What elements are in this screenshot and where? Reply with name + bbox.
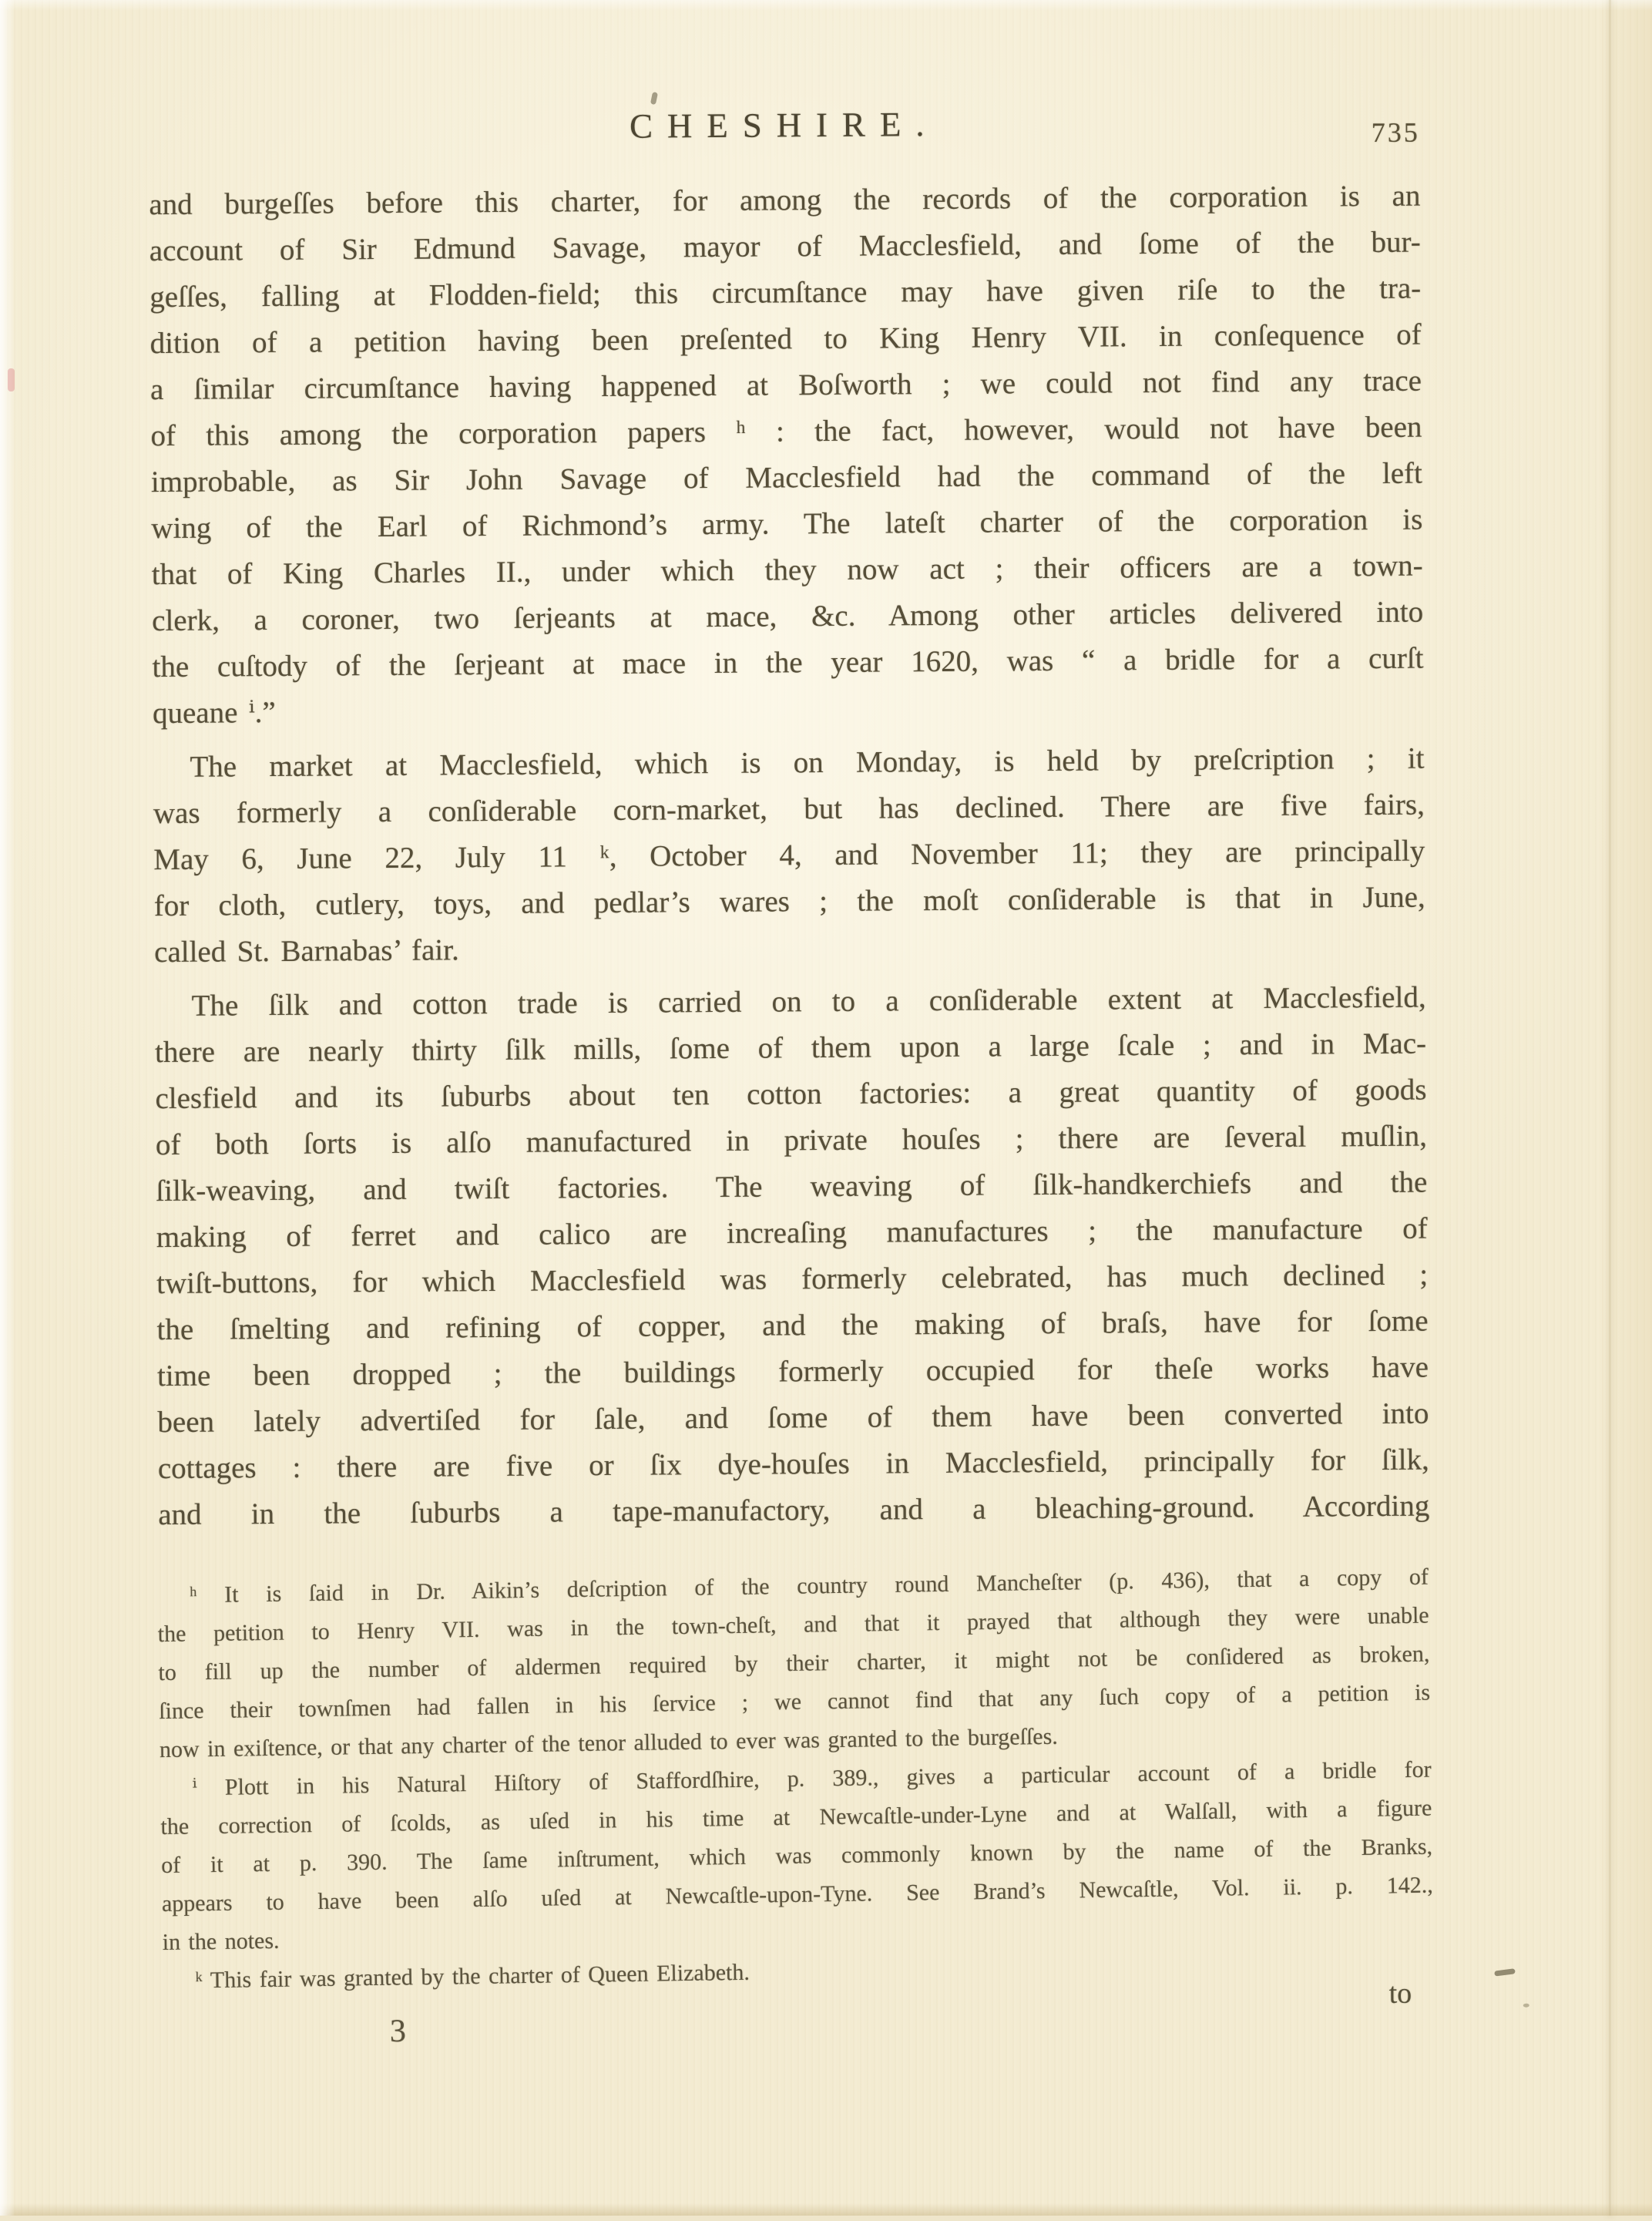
footnote-h: ʰ It is ſaid in Dr. Aikin’s deſcription … bbox=[157, 1558, 1432, 1769]
text-line: called St. Barnabas’ fair. bbox=[154, 921, 1425, 976]
running-head-title: CHESHIRE. bbox=[149, 101, 1420, 150]
text-line: for cloth, cutlery, toys, and pedlar’s w… bbox=[154, 875, 1425, 930]
book-page-scan: CHESHIRE. 735 and burgeſſes before this … bbox=[0, 0, 1652, 2216]
footnote-i: ⁱ Plott in his Natural Hiſtory of Staffo… bbox=[159, 1751, 1434, 1962]
ink-speck bbox=[1494, 1968, 1516, 1976]
page-number: 735 bbox=[1335, 116, 1420, 150]
paragraph: The ſilk and cotton trade is carried on … bbox=[154, 975, 1429, 1539]
paragraph: The market at Macclesfield, which is on … bbox=[153, 736, 1425, 976]
page-content: CHESHIRE. 735 and burgeſſes before this … bbox=[0, 0, 1652, 2216]
catchword: to bbox=[1388, 1977, 1412, 2011]
footnotes: ʰ It is ſaid in Dr. Aikin’s deſcription … bbox=[157, 1558, 1435, 2001]
paragraph: and burgeſſes before this charter, for a… bbox=[149, 173, 1424, 738]
ink-speck bbox=[1523, 2004, 1529, 2008]
body-text: and burgeſſes before this charter, for a… bbox=[149, 173, 1429, 1538]
signature-mark: 3 bbox=[390, 2013, 406, 2050]
page-crease bbox=[1609, 0, 1611, 2216]
text-line: queane ⁱ.” bbox=[153, 682, 1424, 738]
text-line: the cuſtody of the ſerjeant at mace in t… bbox=[152, 636, 1423, 691]
text-line: and in the ſuburbs a tape-manufactory, a… bbox=[158, 1483, 1429, 1539]
ink-speck bbox=[650, 92, 658, 105]
